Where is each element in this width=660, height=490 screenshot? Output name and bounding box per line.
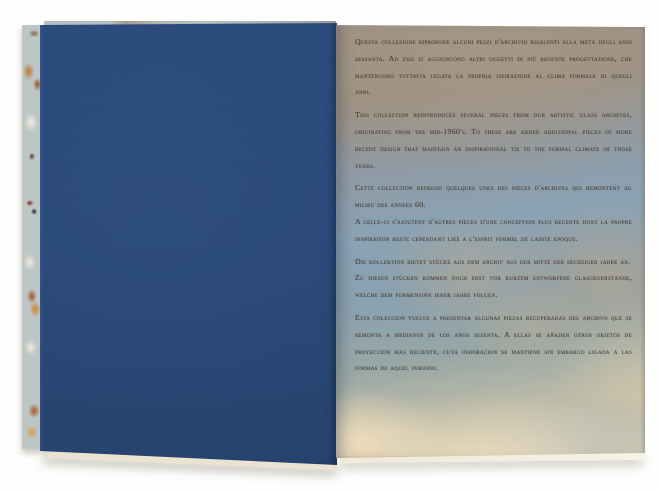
right-page-vellum: Questa collezione ripropone alcuni pezzi… <box>336 24 645 458</box>
text-line-group: Cette collection reprend quelques unes d… <box>355 180 632 214</box>
paragraph-german: Die kollektion bietet stücke aus dem arc… <box>355 254 632 304</box>
paragraph-french: Cette collection reprend quelques unes d… <box>355 180 632 247</box>
paragraph-english: This collection reintroduces several pie… <box>355 107 632 174</box>
multilingual-text-block: Questa collezione ripropone alcuni pezzi… <box>355 34 632 383</box>
text-line-group: Esta coleccion vuelve a presentar alguna… <box>355 310 632 377</box>
book-spread: Questa collezione ripropone alcuni pezzi… <box>0 0 660 490</box>
text-line-group: Questa collezione ripropone alcuni pezzi… <box>355 34 632 101</box>
left-page-blue <box>40 23 337 465</box>
paragraph-italian: Questa collezione ripropone alcuni pezzi… <box>355 34 632 101</box>
paragraph-spanish: Esta coleccion vuelve a presentar alguna… <box>355 310 632 377</box>
text-line-group: A celle-ci s'ajoutent d'autres pieces d'… <box>355 214 632 248</box>
text-line-group: This collection reintroduces several pie… <box>355 107 632 174</box>
text-line-group: Zu diesen stücken kommen noch erst vor k… <box>355 270 632 304</box>
text-line-group: Die kollektion bietet stücke aus dem arc… <box>355 254 632 271</box>
